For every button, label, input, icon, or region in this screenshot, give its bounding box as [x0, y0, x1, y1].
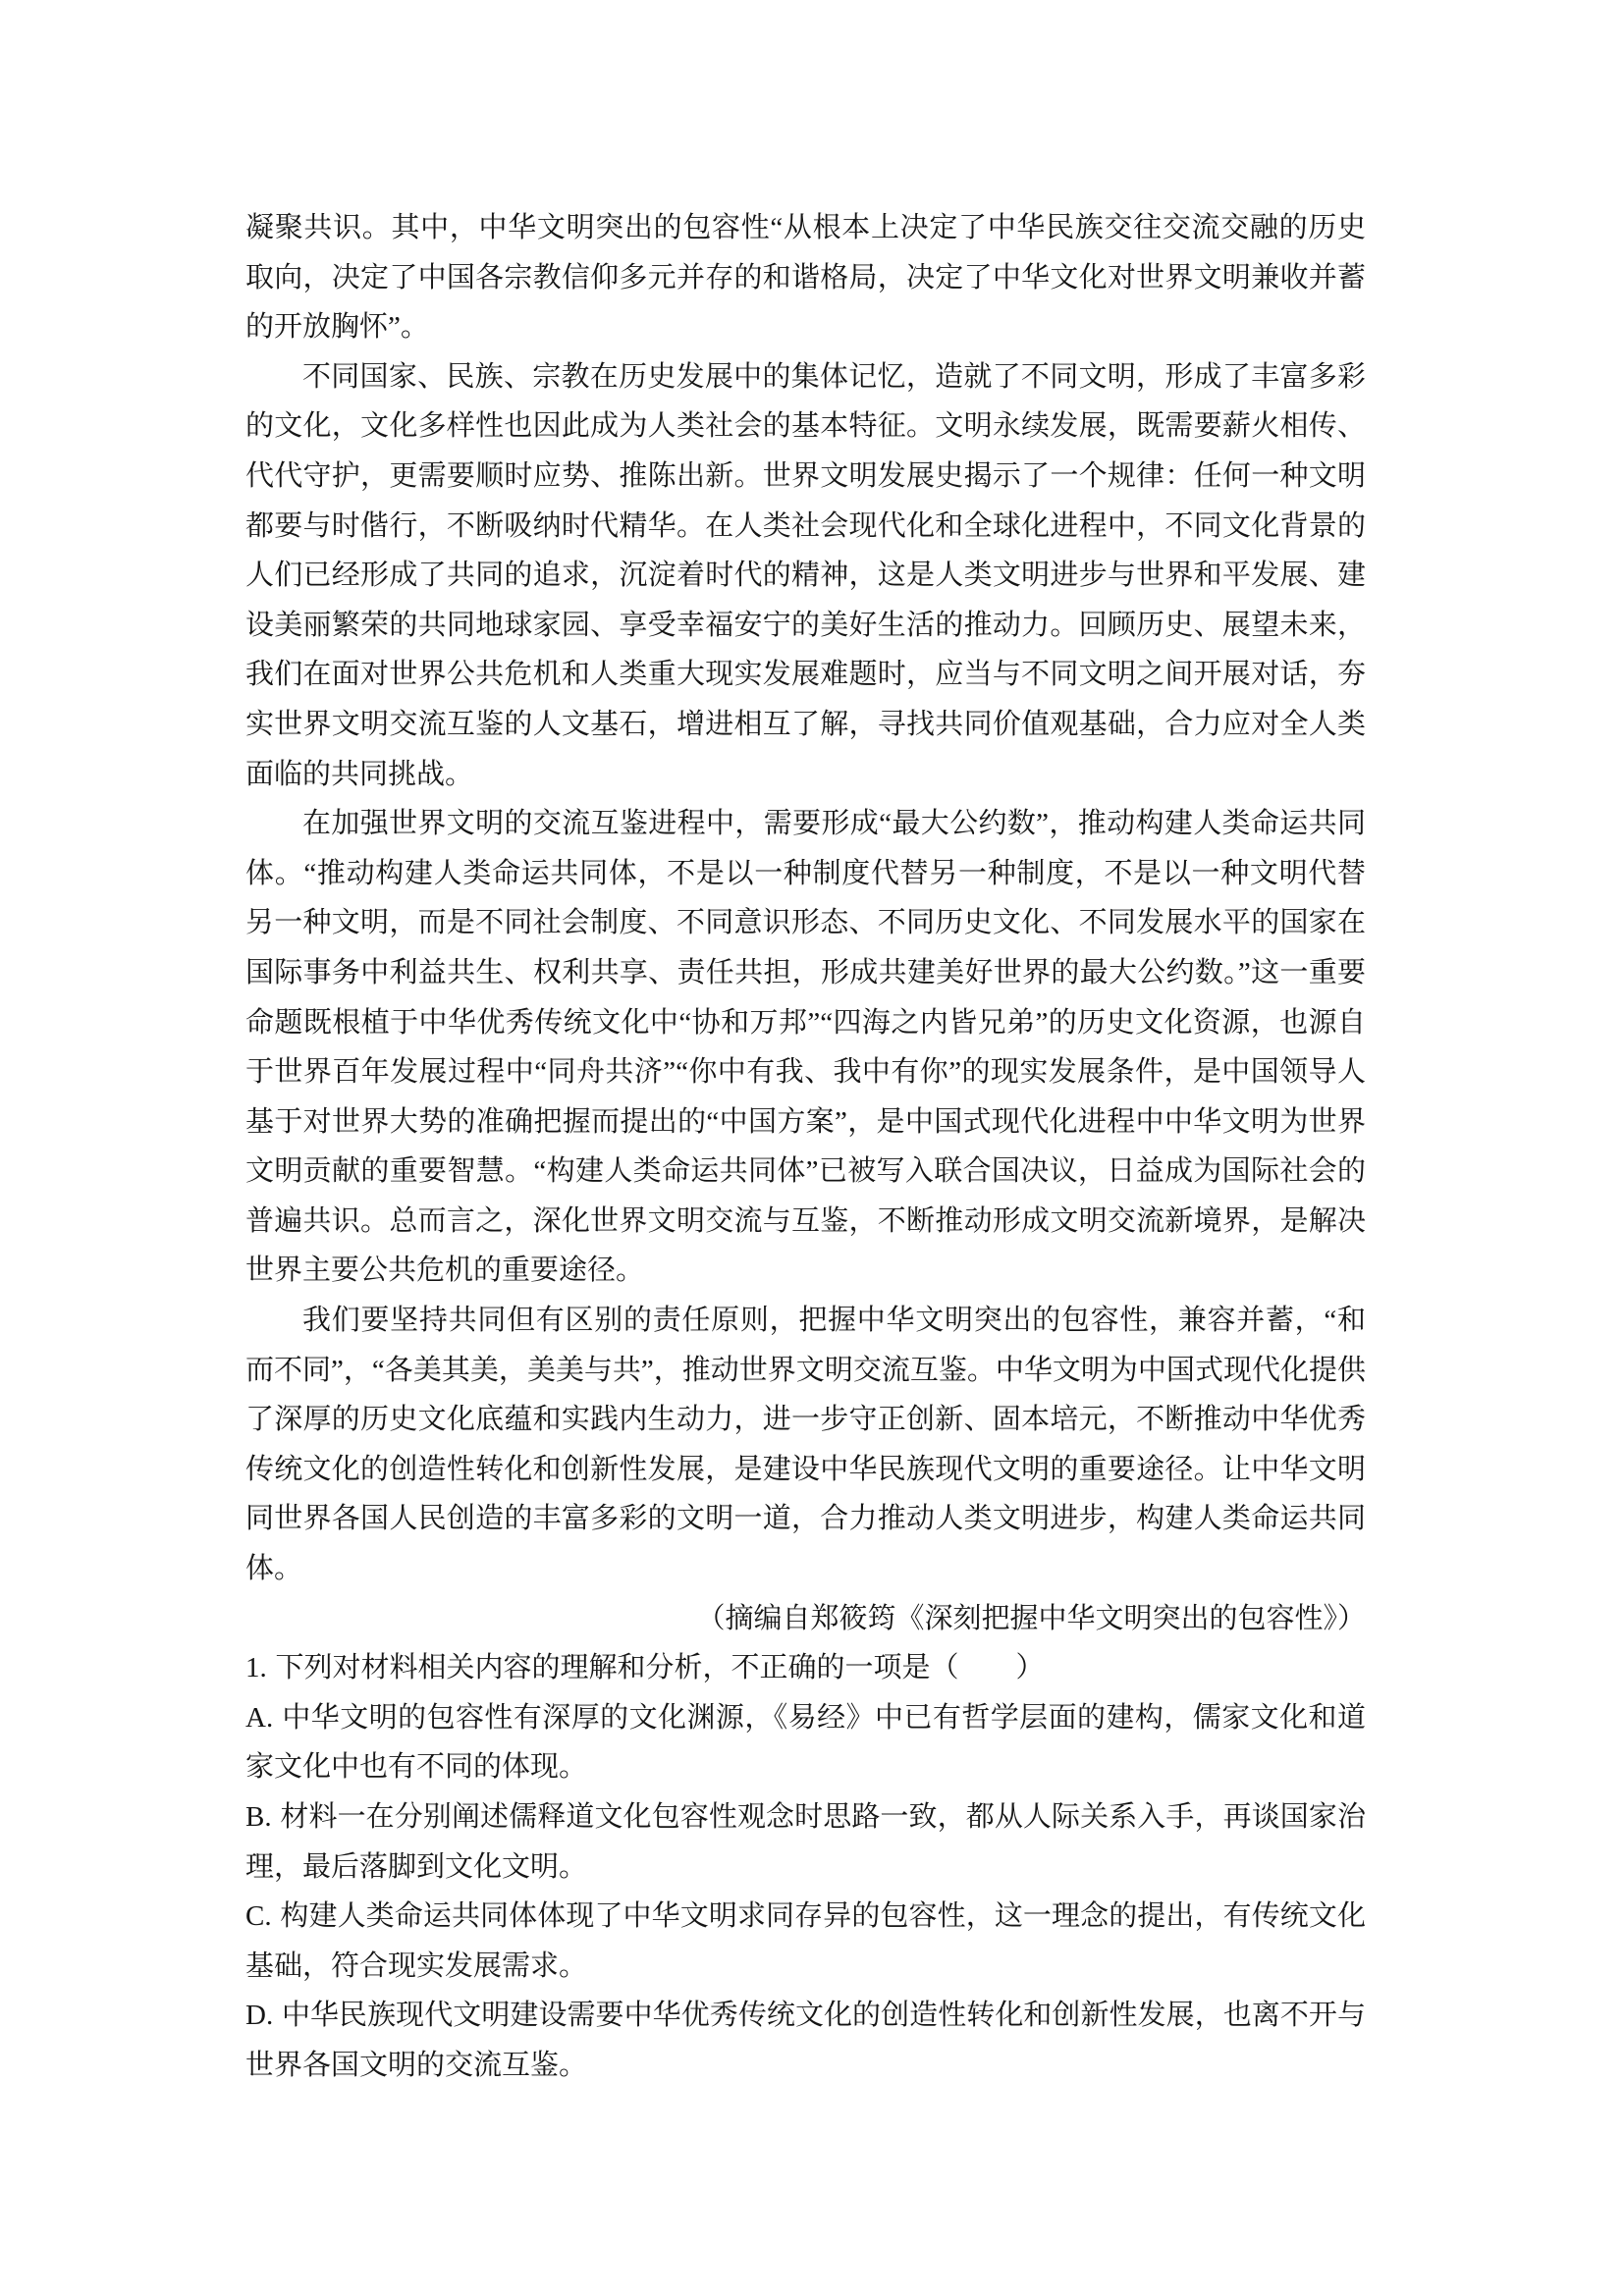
option-d: D.中华民族现代文明建设需要中华优秀传统文化的创造性转化和创新性发展，也离不开与… [245, 1991, 1366, 2090]
option-c-label: C. [245, 1900, 272, 1932]
passage-paragraph-2: 不同国家、民族、宗教在历史发展中的集体记忆，造就了不同文明，形成了丰富多彩的文化… [245, 352, 1366, 799]
option-d-text: 中华民族现代文明建设需要中华优秀传统文化的创造性转化和创新性发展，也离不开与世界… [245, 2000, 1366, 2081]
option-a: A.中华文明的包容性有深厚的文化渊源，《易经》中已有哲学层面的建构，儒家文化和道… [245, 1693, 1366, 1792]
option-b: B.材料一在分别阐述儒释道文化包容性观念时思路一致，都从人际关系入手，再谈国家治… [245, 1792, 1366, 1892]
option-d-label: D. [245, 2000, 273, 2031]
option-c-text: 构建人类命运共同体体现了中华文明求同存异的包容性，这一理念的提出，有传统文化基础… [245, 1900, 1366, 1982]
question-1: 1.下列对材料相关内容的理解和分析，不正确的一项是（ ） [245, 1643, 1366, 1693]
question-1-text: 下列对材料相关内容的理解和分析，不正确的一项是 [275, 1652, 930, 1683]
option-a-label: A. [245, 1702, 273, 1734]
question-1-answer-blank: （ ） [930, 1652, 1044, 1683]
document-page: 凝聚共识。其中，中华文明突出的包容性“从根本上决定了中华民族交往交流交融的历史取… [0, 0, 1624, 2296]
option-b-text: 材料一在分别阐述儒释道文化包容性观念时思路一致，都从人际关系入手，再谈国家治理，… [245, 1801, 1366, 1883]
question-1-number: 1. [245, 1652, 267, 1683]
passage-paragraph-4: 我们要坚持共同但有区别的责任原则，把握中华文明突出的包容性，兼容并蓄，“和而不同… [245, 1296, 1366, 1594]
option-c: C.构建人类命运共同体体现了中华文明求同存异的包容性，这一理念的提出，有传统文化… [245, 1892, 1366, 1991]
option-b-label: B. [245, 1801, 272, 1833]
passage-paragraph-1: 凝聚共识。其中，中华文明突出的包容性“从根本上决定了中华民族交往交流交融的历史取… [245, 203, 1366, 352]
option-a-text: 中华文明的包容性有深厚的文化渊源，《易经》中已有哲学层面的建构，儒家文化和道家文… [245, 1702, 1366, 1784]
reading-passage: 凝聚共识。其中，中华文明突出的包容性“从根本上决定了中华民族交往交流交融的历史取… [245, 203, 1366, 2091]
passage-attribution: （摘编自郑筱筠《深刻把握中华文明突出的包容性》） [245, 1594, 1366, 1644]
passage-paragraph-3: 在加强世界文明的交流互鉴进程中，需要形成“最大公约数”，推动构建人类命运共同体。… [245, 799, 1366, 1296]
